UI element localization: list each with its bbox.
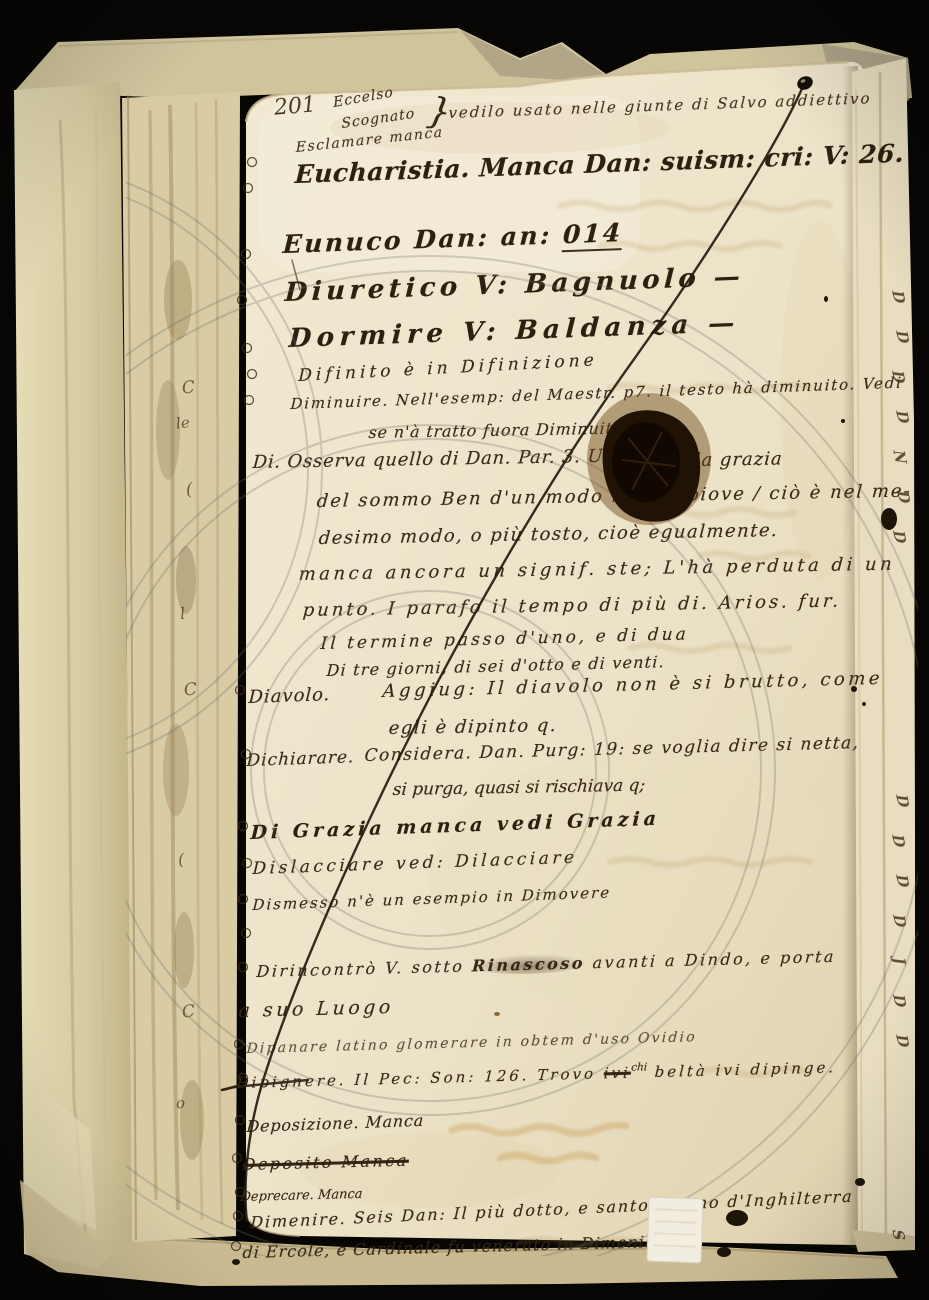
facing-page-letter: D	[889, 914, 910, 928]
entry-diminuire-cont: se n'à tratto fuora Diminuito	[368, 419, 624, 442]
overwritten-word: Rinascoso	[471, 953, 585, 975]
entry-dislacciare: Dislacciare ved: Dilacciare	[252, 848, 578, 879]
entry-dipignere: Dipignere. Il Pec: Son: 126. Trovo ivich…	[236, 1058, 837, 1092]
entry-dormire: Dormire V: Baldanza —	[288, 308, 741, 354]
edge-fragment-mark: l	[179, 604, 186, 623]
superscript-correction: chi	[631, 1061, 648, 1073]
facing-page-letter: S	[888, 1229, 908, 1241]
edge-fragment-mark: C	[181, 1001, 196, 1022]
facing-page-letter: D	[888, 370, 909, 384]
edge-fragment-mark: le	[175, 413, 190, 432]
marginalia-note: vedilo usato nelle giunte di Salvo addie…	[448, 89, 872, 122]
edge-fragment-mark: o	[175, 1094, 186, 1113]
facing-page-letter: D	[892, 874, 913, 888]
struck-word: ivi	[603, 1064, 631, 1083]
entry-deposito-struck: Deposito Manca	[242, 1151, 409, 1174]
edge-fragment-mark: (	[185, 480, 194, 501]
entry-dimenire-cont: di Ercole, e Cardinale fu venerato in Di…	[242, 1232, 656, 1262]
entry-text: Eunuco Dan: an:	[282, 220, 564, 259]
facing-page-letter: N	[889, 450, 910, 465]
entry-text: Dirincontrò V. sotto	[256, 956, 473, 981]
entry-deposizione: Deposizione. Manca	[246, 1111, 425, 1136]
entry-diuretico: Diuretico V: Bagnuolo —	[284, 262, 745, 308]
facing-page-letter: D	[889, 994, 910, 1008]
edge-fragment-mark: (	[177, 850, 185, 870]
facing-page-letter: D	[888, 834, 909, 848]
entry-dirincontro: Dirincontrò V. sotto Rinascoso avanti a …	[256, 947, 837, 981]
paragraph-line: Il termine passo d'uno, e di dua	[320, 624, 689, 654]
edge-fragment-mark: C	[181, 377, 196, 398]
entry-a-suo-luogo: a suo Luogo	[238, 996, 395, 1022]
manuscript-photo: 201 Eccelso Scognato } vedilo usato nell…	[0, 0, 929, 1300]
entry-text: beltà ivi dipinge.	[646, 1058, 836, 1081]
entry-eunuco: Eunuco Dan: an: 014	[282, 218, 623, 259]
edge-fragment-mark: C	[183, 679, 198, 700]
entry-difinito: Difinito è in Difinizione	[298, 350, 598, 386]
facing-page-letter: D	[889, 530, 910, 544]
marginalia-line: Esclamare manca	[296, 124, 444, 156]
facing-page-letter: D	[892, 794, 913, 808]
facing-page-letter: D	[893, 490, 914, 504]
entry-dichiarare-cont: si purga, quasi si rischiava q;	[392, 776, 646, 800]
entry-deprecare: Deprecare. Manca	[240, 1187, 363, 1205]
facing-page-letter: J	[890, 957, 910, 965]
marginalia-line: Eccelso	[333, 84, 395, 111]
paragraph-line: del sommo Ben d'un modo non ci piove / c…	[316, 481, 912, 512]
paragraph-line: desimo modo, o più tosto, cioè egualment…	[318, 520, 779, 549]
facing-page-letter: D	[888, 290, 909, 304]
facing-page-letter: D	[892, 410, 913, 424]
paragraph-line: manca ancora un signif. ste; L'hà perdut…	[298, 554, 896, 585]
entry-di-osserva-after-blot: la grazia	[694, 448, 784, 471]
facing-page-letter: D	[892, 1034, 913, 1048]
entry-text: avanti a Dindo, e porta	[584, 947, 836, 973]
page-number: 201	[273, 92, 317, 121]
entry-di-grazia: Di Grazia manca vedi Grazia	[250, 808, 661, 844]
paragraph-line: punto. I parafo il tempo di più di. Ario…	[302, 591, 842, 621]
entry-dismesso: Dismesso n'è un esempio in Dimovere	[252, 883, 612, 914]
entry-diavolo-cont: egli è dipinto q.	[388, 715, 558, 739]
entry-dichiarare: Dichiarare.	[246, 747, 355, 771]
entry-dipanare: Dipanare latino glomerare in obtem d'uso…	[246, 1029, 697, 1057]
facing-page-letter: D	[892, 330, 913, 344]
entry-text: Dipignere. Il Pec: Son: 126. Trovo	[236, 1064, 604, 1092]
handwriting-layer: 201 Eccelso Scognato } vedilo usato nell…	[0, 0, 929, 1300]
entry-di-osserva: Di. Osserva quello di Dan. Par. 3. Usci	[252, 445, 632, 473]
underlined-number: 014	[562, 218, 623, 252]
entry-diavolo: Diavolo.	[248, 684, 331, 708]
